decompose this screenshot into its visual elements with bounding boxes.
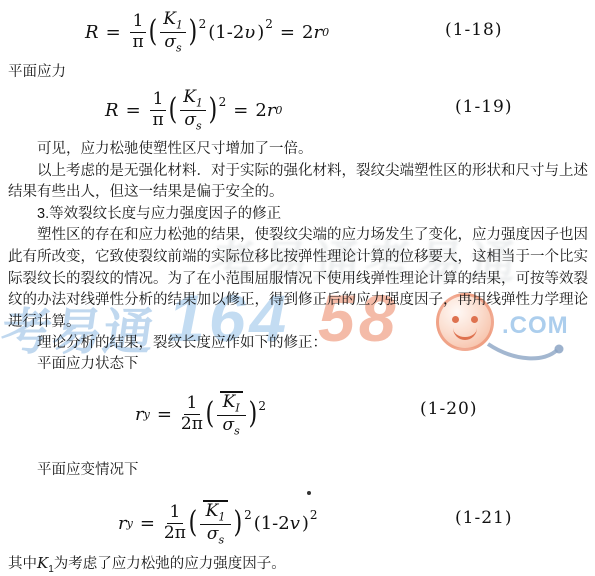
eq20-den: 2π: [181, 415, 203, 434]
eq19-frac-1-pi: 1π: [150, 91, 167, 130]
eq20-kbar: KI: [217, 391, 246, 416]
eq18-factor-open: (1-2: [208, 22, 244, 43]
k-variable: K: [223, 392, 236, 412]
left-paren: (: [169, 95, 178, 125]
equation-1-18-body: R = 1π ( K1 σs ) 2 (1-2υ) 2 = 2r0: [85, 6, 329, 58]
equation-1-20: ry = 12π ( KI σs ) 2 (1-20): [0, 383, 595, 445]
text-line: 进行计算。: [8, 310, 591, 332]
eq21-num: 1: [167, 504, 184, 524]
eq20-frac-kbar-sigma: KI σs: [217, 391, 246, 437]
text-line: 3.等效裂纹长度与应力强度因子的修正: [8, 202, 591, 224]
squared-exponent: 2: [258, 399, 266, 413]
section-plane-stress: 平面应力: [8, 60, 66, 81]
eq20-equals: =: [157, 404, 172, 425]
eq18-den: π: [132, 33, 143, 52]
k-variable: K: [163, 9, 176, 29]
left-paren: (: [205, 399, 214, 429]
section-plane-strain-state: 平面应变情况下: [37, 458, 139, 479]
k-subscript: 1: [218, 510, 225, 523]
equation-number-1-18: (1-18): [445, 20, 502, 40]
eq21-factor-close: ): [302, 513, 309, 534]
text-line: 可见，应力松驰使塑性区尺寸增加了一倍。: [8, 137, 591, 159]
eq21-equals: =: [140, 513, 155, 534]
eq20-sigma: σs: [223, 416, 240, 437]
left-paren: (: [188, 508, 197, 538]
right-paren: ): [248, 399, 257, 429]
eq18-frac-k-sigma: K1 σs: [160, 11, 186, 54]
eq20-frac-1-2pi: 12π: [181, 395, 203, 434]
v-variable: v: [290, 513, 300, 534]
eq19-den: π: [152, 111, 163, 130]
y-subscript: y: [127, 517, 133, 530]
r-variable: r: [313, 22, 322, 43]
right-paren: ): [188, 17, 197, 47]
text-line: 理论分析的结果，裂纹长度应作如下的修正：: [8, 331, 591, 353]
paragraph-block: 可见，应力松驰使塑性区尺寸增加了一倍。 以上考虑的是无强化材料．对于实际的强化材…: [8, 137, 591, 353]
sigma-variable: σ: [223, 415, 235, 435]
note-suffix: 为考虑了应力松弛的应力强度因子。: [54, 556, 286, 572]
upsilon-variable: υ: [244, 22, 255, 43]
eq20-lhs: r: [135, 404, 144, 425]
text-line: 此有所改变，它致使裂纹前端的实际位移比按弹性理论计算的位移要大，这相当于一个比实: [8, 245, 591, 267]
eq18-num: 1: [130, 13, 147, 33]
eq18-equals: =: [106, 22, 121, 43]
equation-number-1-21: (1-21): [455, 508, 512, 528]
k-subscript: I: [235, 401, 239, 414]
section-plane-stress-state: 平面应力状态下: [37, 352, 139, 373]
squared-exponent: 2: [219, 95, 227, 109]
eq21-lhs: r: [118, 513, 127, 534]
eq20-num: 1: [184, 395, 201, 415]
right-paren: ): [234, 508, 243, 538]
eq21-kbar: K1: [200, 500, 232, 525]
k-variable: K: [206, 501, 219, 521]
y-subscript: y: [144, 408, 150, 421]
eq18-factor-close: ): [257, 22, 264, 43]
squared-exponent: 2: [265, 17, 273, 31]
squared-exponent: 2: [199, 17, 207, 31]
text-line: 际裂纹长的裂纹的情况。为了在小范围屈服情况下使用线弹性理论计算的结果，可按等效裂: [8, 267, 591, 289]
equation-number-1-19: (1-19): [455, 97, 512, 117]
eq18-frac-1-pi: 1π: [130, 13, 147, 52]
k-subscript: 1: [176, 18, 183, 31]
note-prefix: 其中: [8, 556, 37, 572]
r-variable: r: [267, 100, 276, 121]
eq19-equals: =: [126, 100, 141, 121]
equation-1-19-body: R = 1π ( K1 σs ) 2 = 2r0: [105, 84, 282, 136]
eq21-frac-1-2pi: 12π: [164, 504, 186, 543]
eq19-frac-k-sigma: K1 σs: [180, 89, 206, 132]
sigma-subscript: s: [196, 119, 202, 132]
eq21-sigma: σs: [207, 525, 224, 546]
eq18-rhs-coef: 2: [302, 22, 313, 43]
document-content: R = 1π ( K1 σs ) 2 (1-2υ) 2 = 2r0 (1-18)…: [0, 0, 595, 576]
eq19-lhs: R: [105, 100, 119, 121]
k-overline: K1: [203, 500, 229, 523]
equation-1-21: ry = 12π ( K1 σs ) 2 (1-2v) 2 (1-21): [0, 492, 595, 554]
sigma-subscript: s: [234, 424, 240, 437]
k-variable: K: [183, 87, 196, 107]
eq19-sigma: σs: [184, 111, 201, 132]
k-overline: KI: [220, 391, 243, 414]
text-line: 以上考虑的是无强化材料．对于实际的强化材料，裂纹尖端塑性区的形状和尺寸与上述: [8, 159, 591, 181]
r-subscript: 0: [275, 104, 282, 117]
sigma-subscript: s: [176, 41, 182, 54]
eq18-equals2: =: [280, 22, 295, 43]
squared-exponent: 2: [310, 508, 318, 522]
r-subscript: 0: [322, 26, 329, 39]
sigma-variable: σ: [184, 110, 196, 130]
eq18-sigma: σs: [164, 33, 181, 54]
eq18-lhs: R: [85, 22, 99, 43]
eq19-num: 1: [150, 91, 167, 111]
eq21-factor-open: (1-2: [254, 513, 290, 534]
equation-1-20-body: ry = 12π ( KI σs ) 2: [135, 383, 266, 445]
equation-number-1-20: (1-20): [420, 399, 477, 419]
equation-1-21-body: ry = 12π ( K1 σs ) 2 (1-2v) 2: [118, 492, 318, 554]
eq19-k: K1: [180, 89, 206, 111]
document-page: 考易通考易通 考易通 164 58 .COM R = 1π ( K1 σs: [0, 0, 595, 576]
sigma-variable: σ: [164, 32, 176, 52]
equation-1-19: R = 1π ( K1 σs ) 2 = 2r0 (1-19): [0, 84, 595, 136]
squared-exponent: 2: [244, 508, 252, 522]
text-line: 塑性区的存在和应力松弛的结果，使裂纹尖端的应力场发生了变化，应力强度因子也因: [8, 223, 591, 245]
right-paren: ): [208, 95, 217, 125]
left-paren: (: [149, 17, 158, 47]
k-subscript: 1: [196, 96, 203, 109]
text-line: 纹的办法对线弹性分析的结果加以修正，得到修正后的应力强度因子，再用线弹性力学理论: [8, 288, 591, 310]
eq18-k: K1: [160, 11, 186, 33]
eq19-equals2: =: [233, 100, 248, 121]
equation-1-18: R = 1π ( K1 σs ) 2 (1-2υ) 2 = 2r0 (1-18): [0, 6, 595, 58]
text-line: 结果有些出人，但这一结果是偏于安全的。: [8, 180, 591, 202]
sigma-variable: σ: [207, 524, 219, 544]
eq21-den: 2π: [164, 524, 186, 543]
sigma-subscript: s: [218, 533, 224, 546]
eq21-frac-kbar-sigma: K1 σs: [200, 500, 232, 546]
k-variable: K: [37, 554, 48, 572]
note-line: 其中K1为考虑了应力松弛的应力强度因子。: [8, 552, 286, 575]
eq19-rhs-coef: 2: [255, 100, 266, 121]
